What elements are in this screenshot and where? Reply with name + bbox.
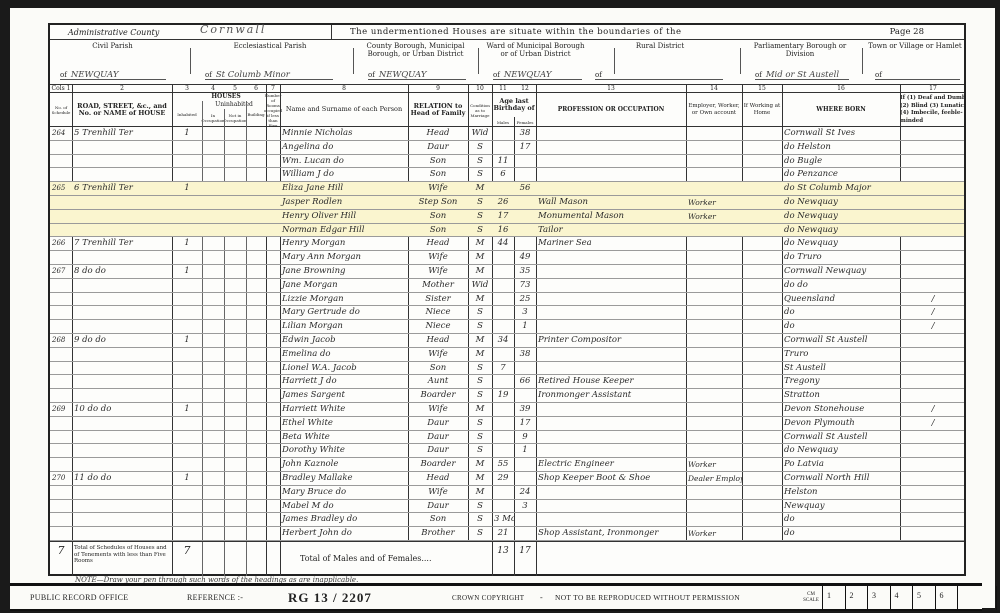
inhabited-count [172,210,202,223]
age-male: 11 [492,155,514,168]
header-in-occupation: In Occupation [202,109,224,127]
total-inhabited: 7 [172,542,202,577]
age-female: 3 [514,306,536,319]
employment-status [686,362,742,375]
marital-condition: S [468,500,492,513]
table-row: 2656 Trenhill Ter1Eliza Jane HillWifeM56… [50,182,964,196]
inhabited-count [172,513,202,526]
infirmity [900,168,966,181]
road-address [72,513,172,526]
occupation: Mariner Sea [536,237,686,250]
table-row: William J doSonS6do Penzance [50,168,964,182]
marital-condition: S [468,224,492,237]
infirmity [900,210,966,223]
occupation: Shop Assistant, Ironmonger [536,527,686,540]
colnum: 9 [408,85,468,93]
relation: Wife [408,182,468,195]
occupation: Electric Engineer [536,458,686,471]
of-label: of [60,71,67,79]
employment-status [686,155,742,168]
employment-status [686,389,742,402]
relation: Mother [408,279,468,292]
parliamentary-borough-label: Parliamentary Borough or Division [745,42,855,58]
marital-condition: Wid [468,279,492,292]
marital-condition: S [468,444,492,457]
occupation [536,431,686,444]
table-row: Mary Bruce doWifeM24Helston [50,486,964,500]
schedule-number: 267 [50,265,72,278]
age-male: 55 [492,458,514,471]
person-name: Beta White [280,431,408,444]
archive-footer: PUBLIC RECORD OFFICE REFERENCE :- RG 13 … [10,583,982,611]
occupation: Retired House Keeper [536,375,686,388]
employment-status [686,293,742,306]
ecclesiastical-parish: Ecclesiastical Parish ofSt Columb Minor [195,40,345,85]
permission-notice: NOT TO BE REPRODUCED WITHOUT PERMISSION [555,586,740,610]
birthplace: Newquay [782,500,900,513]
marital-condition: S [468,141,492,154]
colnum: 5 [224,85,246,93]
inhabited-count [172,155,202,168]
road-address [72,527,172,540]
marital-condition: M [468,348,492,361]
relation: Head [408,472,468,485]
relation: Son [408,168,468,181]
infirmity [900,389,966,402]
of-label: of [755,71,762,79]
colnum: 15 [742,85,782,93]
person-name: Lionel W.A. Jacob [280,362,408,375]
census-form: Administrative County Cornwall The under… [48,23,966,576]
schedule-number [50,155,72,168]
colnum: 13 [536,85,686,93]
infirmity [900,196,966,209]
inhabited-count [172,375,202,388]
schedule-number [50,375,72,388]
marital-condition: S [468,375,492,388]
infirmity [900,444,966,457]
birthplace: Queensland [782,293,900,306]
table-row: Mabel M doDaurS3Newquay [50,500,964,514]
county-borough-label: County Borough, Municipal Borough, or Ur… [358,42,473,58]
header-employer: Employer, Worker, or Own account [686,93,742,127]
person-name: Jane Browning [280,265,408,278]
infirmity: / [900,306,966,319]
marital-condition: M [468,403,492,416]
total-females: 17 [514,544,536,559]
county-borough-value: NEWQUAY [379,70,427,80]
relation: Son [408,224,468,237]
marital-condition: S [468,362,492,375]
birthplace: do Newquay [782,237,900,250]
relation: Head [408,334,468,347]
infirmity: / [900,403,966,416]
age-female: 25 [514,293,536,306]
road-address [72,362,172,375]
infirmity [900,527,966,540]
inhabited-count: 1 [172,472,202,485]
schedule-number: 269 [50,403,72,416]
person-name: Minnie Nicholas [280,127,408,140]
ward-label: Ward of Municipal Borough or of Urban Di… [483,42,588,58]
inhabited-count: 1 [172,127,202,140]
copyright-label: CROWN COPYRIGHT [452,586,524,610]
person-name: Henry Morgan [280,237,408,250]
inhabited-count [172,417,202,430]
schedule-number: 268 [50,334,72,347]
person-name: Angelina do [280,141,408,154]
infirmity [900,334,966,347]
table-row: Norman Edgar HillSonS16Tailordo Newquay [50,224,964,238]
employment-status [686,348,742,361]
birthplace: do Newquay [782,196,900,209]
table-row: Angelina doDaurS17do Helston [50,141,964,155]
table-row: 2645 Trenhill Ter1Minnie NicholasHeadWid… [50,127,964,141]
schedule-number [50,513,72,526]
employment-status: Worker [686,210,742,223]
table-row: James Bradley doSonS3 Monthdo [50,513,964,527]
road-address: 5 Trenhill Ter [72,127,172,140]
employment-status [686,306,742,319]
road-address: 7 Trenhill Ter [72,237,172,250]
person-name: Harriett J do [280,375,408,388]
relation: Wife [408,403,468,416]
age-male [492,182,514,195]
infirmity [900,375,966,388]
employment-status [686,417,742,430]
inhabited-count [172,500,202,513]
age-male: 44 [492,237,514,250]
person-name: Lizzie Morgan [280,293,408,306]
employment-status [686,513,742,526]
occupation [536,500,686,513]
inhabited-count: 1 [172,265,202,278]
parliamentary-borough: Parliamentary Borough or Division ofMid … [745,40,855,85]
birthplace: Tregony [782,375,900,388]
relation: Niece [408,306,468,319]
road-address [72,168,172,181]
road-address [72,279,172,292]
occupation [536,403,686,416]
person-name: Wm. Lucan do [280,155,408,168]
marital-condition: S [468,155,492,168]
total-males-females-label: Total of Males and of Females.... [300,554,432,563]
colnum: 4 [202,85,224,93]
age-male [492,500,514,513]
relation: Wife [408,348,468,361]
age-female: 24 [514,486,536,499]
table-row: John KaznoleBoarderM55Electric EngineerW… [50,458,964,472]
civil-parish-label: Civil Parish [50,42,175,50]
relation: Daur [408,431,468,444]
schedule-number [50,196,72,209]
employment-status: Worker [686,458,742,471]
of-label: of [205,71,212,79]
age-male: 29 [492,472,514,485]
occupation [536,168,686,181]
occupation [536,417,686,430]
age-female [514,210,536,223]
person-name: Eliza Jane Hill [280,182,408,195]
table-row: Emelina doWifeM38Truro [50,348,964,362]
relation: Daur [408,417,468,430]
title-row: Administrative County Cornwall The under… [50,25,964,40]
table-row: Mary Ann MorganWifeM49do Truro [50,251,964,265]
table-row: Lizzie MorganSisterM25Queensland/ [50,293,964,307]
road-address [72,500,172,513]
employment-status [686,224,742,237]
schedule-number [50,293,72,306]
inhabited-count: 1 [172,403,202,416]
schedule-number [50,500,72,513]
infirmity [900,500,966,513]
occupation [536,141,686,154]
age-male: 34 [492,334,514,347]
road-address [72,210,172,223]
header-where-born: WHERE BORN [782,93,900,127]
age-male [492,141,514,154]
person-name: Jane Morgan [280,279,408,292]
colnum: 14 [686,85,742,93]
ecclesiastical-parish-value: St Columb Minor [216,70,290,80]
occupation [536,320,686,333]
table-row: Dorothy WhiteDaurS1do Newquay [50,444,964,458]
person-name: Norman Edgar Hill [280,224,408,237]
relation: Sister [408,293,468,306]
occupation [536,306,686,319]
schedule-number: 265 [50,182,72,195]
age-female [514,196,536,209]
occupation [536,279,686,292]
marital-condition: S [468,431,492,444]
age-female [514,513,536,526]
birthplace: Cornwall North Hill [782,472,900,485]
age-female: 56 [514,182,536,195]
marital-condition: S [468,513,492,526]
header-males: Males [492,117,514,127]
schedule-number [50,210,72,223]
person-name: Emelina do [280,348,408,361]
inhabited-count: 1 [172,334,202,347]
age-male [492,375,514,388]
relation: Son [408,513,468,526]
employment-status [686,168,742,181]
age-female [514,527,536,540]
employment-status: Worker [686,196,742,209]
employment-status [686,265,742,278]
occupation: Tailor [536,224,686,237]
of-label: of [493,71,500,79]
age-male [492,293,514,306]
table-row: Lilian MorganNieceS1do/ [50,320,964,334]
marital-condition: S [468,168,492,181]
table-row: Herbert John doBrotherS21Shop Assistant,… [50,527,964,541]
header-inhabited: Inhabited [172,101,202,127]
total-males: 13 [492,544,514,559]
birthplace: do do [782,279,900,292]
occupation [536,293,686,306]
infirmity [900,486,966,499]
inhabited-count [172,279,202,292]
inhabited-count [172,141,202,154]
occupation [536,127,686,140]
age-female [514,389,536,402]
birthplace: Stratton [782,389,900,402]
scale-mark: 5 [912,586,935,610]
table-row: 27011 do do1Bradley MallakeHeadM29Shop K… [50,472,964,486]
table-row: Harriett J doAuntS66Retired House Keeper… [50,375,964,389]
age-male [492,486,514,499]
birthplace: Cornwall St Ives [782,127,900,140]
person-name: Mabel M do [280,500,408,513]
employment-status [686,182,742,195]
infirmity: / [900,293,966,306]
administrative-county-label: Administrative County [68,28,159,37]
table-row: Wm. Lucan doSonS11do Bugle [50,155,964,169]
table-row: 26910 do do1Harriett WhiteWifeM39Devon S… [50,403,964,417]
age-female [514,237,536,250]
occupation [536,513,686,526]
road-address [72,224,172,237]
age-female: 3 [514,500,536,513]
inhabited-count [172,320,202,333]
marital-condition: S [468,196,492,209]
header-at-home: If Working at Home [742,93,782,127]
employment-status [686,334,742,347]
person-name: Mary Gertrude do [280,306,408,319]
age-female: 66 [514,375,536,388]
employment-status [686,237,742,250]
road-address [72,141,172,154]
relation: Daur [408,500,468,513]
office-label: PUBLIC RECORD OFFICE [30,586,128,610]
schedule-number [50,251,72,264]
schedule-number [50,320,72,333]
schedule-number [50,362,72,375]
person-name: Dorothy White [280,444,408,457]
age-female [514,362,536,375]
age-female: 35 [514,265,536,278]
marital-condition: S [468,320,492,333]
infirmity [900,458,966,471]
person-name: Mary Bruce do [280,486,408,499]
marital-condition: M [468,472,492,485]
schedule-number [50,141,72,154]
birthplace: Po Latvia [782,458,900,471]
birthplace: do Newquay [782,210,900,223]
schedule-number [50,486,72,499]
infirmity [900,237,966,250]
marital-condition: M [468,293,492,306]
marital-condition: M [468,237,492,250]
age-female [514,334,536,347]
header-females: Females [514,117,536,127]
birthplace: do Helston [782,141,900,154]
birthplace: do Newquay [782,224,900,237]
age-male [492,320,514,333]
inhabited-count [172,348,202,361]
birthplace: do St Columb Major [782,182,900,195]
age-male: 21 [492,527,514,540]
age-male: 6 [492,168,514,181]
employment-status [686,127,742,140]
age-female: 73 [514,279,536,292]
person-name: Ethel White [280,417,408,430]
age-male [492,348,514,361]
inhabited-count [172,527,202,540]
relation: Step Son [408,196,468,209]
birthplace: do [782,320,900,333]
civil-parish-value: NEWQUAY [71,70,119,80]
town-village: Town or Village or Hamlet of [865,40,965,85]
occupation: Printer Compositor [536,334,686,347]
totals-row: 7 Total of Schedules of Houses and of Te… [50,541,964,576]
schedule-number [50,389,72,402]
age-male [492,279,514,292]
person-name: Jasper Rodlen [280,196,408,209]
district-row: Civil Parish ofNEWQUAY Ecclesiastical Pa… [50,40,964,85]
header-condition: Condition as to Marriage [468,93,492,127]
road-address [72,458,172,471]
age-male: 3 Month [492,513,514,526]
birthplace: do [782,306,900,319]
occupation [536,265,686,278]
total-schedules-label: Total of Schedules of Houses and of Tene… [74,545,170,565]
relation: Head [408,237,468,250]
rural-district-label: Rural District [585,42,735,50]
infirmity [900,279,966,292]
road-address [72,196,172,209]
inhabited-count [172,458,202,471]
employment-status [686,431,742,444]
road-address [72,389,172,402]
header-rooms: Number of Rooms occupied if less than Fi… [266,93,280,127]
road-address [72,375,172,388]
road-address [72,486,172,499]
birthplace: St Austell [782,362,900,375]
road-address [72,417,172,430]
table-row: Henry Oliver HillSonS17Monumental MasonW… [50,210,964,224]
occupation [536,155,686,168]
age-female: 38 [514,348,536,361]
infirmity [900,141,966,154]
column-header: Cols 1 2 3 4 5 6 7 8 9 10 11 12 13 14 15… [50,85,964,127]
birthplace: do [782,513,900,526]
road-address: 10 do do [72,403,172,416]
relation: Head [408,127,468,140]
relation: Daur [408,444,468,457]
occupation: Monumental Mason [536,210,686,223]
person-name: Herbert John do [280,527,408,540]
occupation [536,362,686,375]
marital-condition: M [468,486,492,499]
scale-mark: 3 [867,586,890,610]
relation: Boarder [408,458,468,471]
relation: Daur [408,141,468,154]
inhabited-count [172,306,202,319]
table-row: 2667 Trenhill Ter1Henry MorganHeadM44Mar… [50,237,964,251]
employment-status [686,444,742,457]
relation: Wife [408,486,468,499]
birthplace: Truro [782,348,900,361]
reference-value: RG 13 / 2207 [288,586,372,610]
town-village-label: Town or Village or Hamlet [865,42,965,50]
ward: Ward of Municipal Borough or of Urban Di… [483,40,588,85]
birthplace: Devon Stonehouse [782,403,900,416]
infirmity [900,182,966,195]
road-address: 6 Trenhill Ter [72,182,172,195]
person-name: Harriett White [280,403,408,416]
